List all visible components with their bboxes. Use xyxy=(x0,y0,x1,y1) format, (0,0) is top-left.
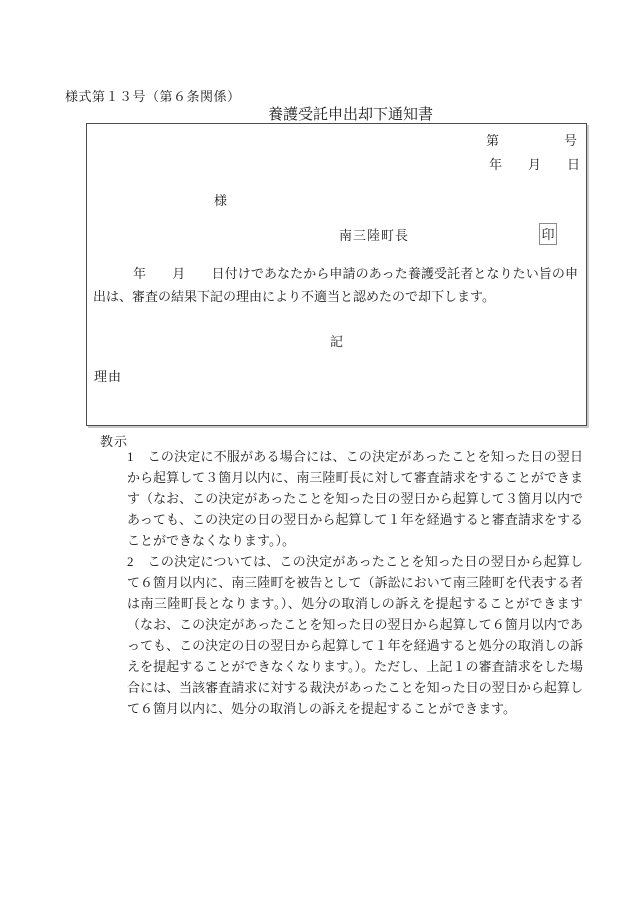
seal-mark: 印 xyxy=(539,223,557,245)
notice-box: 第 号 年 月 日 様 南三陸町長 印 年 月 日付けであなたから申請のあった養… xyxy=(86,123,587,426)
issue-date-blank: 年 月 日 xyxy=(489,154,580,173)
ki-heading: 記 xyxy=(87,331,586,350)
instruction-item-1-number: 1 xyxy=(127,449,148,464)
sender-title: 南三陸町長 xyxy=(339,225,409,244)
document-title: 養護受託申出却下通知書 xyxy=(100,103,601,124)
instruction-item-2-number: 2 xyxy=(127,554,148,569)
instructions-list: 1この決定に不服がある場合には、この決定があったことを知った日の翌日から起算して… xyxy=(127,446,583,719)
instructions-label: 教示 xyxy=(100,431,128,450)
instruction-item-1: 1この決定に不服がある場合には、この決定があったことを知った日の翌日から起算して… xyxy=(127,446,583,551)
instruction-item-2: 2この決定については、この決定があったことを知った日の翌日から起算して６箇月以内… xyxy=(127,551,583,719)
instruction-item-2-text: この決定については、この決定があったことを知った日の翌日から起算して６箇月以内に… xyxy=(127,554,583,716)
document-number-blank: 第 号 xyxy=(486,130,577,149)
reason-label: 理由 xyxy=(94,366,122,385)
notice-body-text: 年 月 日付けであなたから申請のあった養護受託者となりたい旨の申出は、審査の結果… xyxy=(93,262,578,308)
instruction-item-1-text: この決定に不服がある場合には、この決定があったことを知った日の翌日から起算して３… xyxy=(127,449,583,548)
addressee-suffix: 様 xyxy=(214,190,227,209)
document-page: 様式第１３号（第６条関係） 養護受託申出却下通知書 第 号 年 月 日 様 南三… xyxy=(0,0,630,915)
